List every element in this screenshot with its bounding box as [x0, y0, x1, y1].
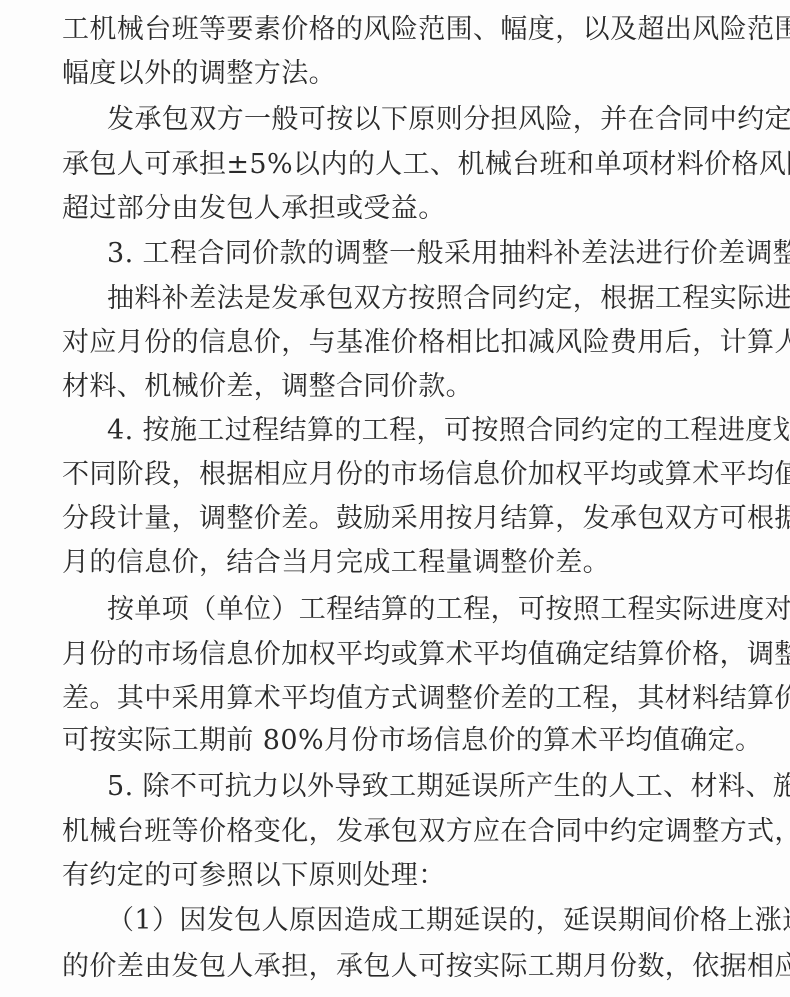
text-line: 超过部分由发包人承担或受益。 — [62, 193, 712, 225]
item-1-first-line: （1）因发包人原因造成工期延误的，延误期间价格上涨造成 — [107, 905, 712, 937]
section-5-first-line: 5. 除不可抗力以外导致工期延误所产生的人工、材料、施工 — [107, 771, 712, 803]
text-line: 工机械台班等要素价格的风险范围、幅度，以及超出风险范围、 — [62, 14, 712, 46]
paragraph-first-line: 抽料补差法是发承包双方按照合同约定，根据工程实际进度 — [107, 283, 712, 315]
text-line: 机械台班等价格变化，发承包双方应在合同中约定调整方式，没 — [62, 816, 712, 848]
text-line: 分段计量，调整价差。鼓励采用按月结算，发承包双方可根据当 — [62, 503, 712, 535]
document-page: 工机械台班等要素价格的风险范围、幅度，以及超出风险范围、 幅度以外的调整方法。 … — [0, 0, 790, 997]
text-line: 月份的市场信息价加权平均或算术平均值确定结算价格，调整价 — [62, 639, 712, 671]
text-line: 幅度以外的调整方法。 — [62, 58, 712, 90]
text-line: 不同阶段，根据相应月份的市场信息价加权平均或算术平均值， — [62, 459, 712, 491]
text-line: 有约定的可参照以下原则处理： — [62, 860, 712, 892]
section-4-first-line: 4. 按施工过程结算的工程，可按照合同约定的工程进度划分 — [107, 415, 712, 447]
paragraph-first-line: 按单项（单位）工程结算的工程，可按照工程实际进度对应 — [107, 594, 712, 626]
text-line: 对应月份的信息价，与基准价格相比扣减风险费用后，计算人工、 — [62, 327, 712, 359]
text-line: 月的信息价，结合当月完成工程量调整价差。 — [62, 547, 712, 579]
paragraph-first-line: 发承包双方一般可按以下原则分担风险，并在合同中约定： — [107, 104, 712, 136]
text-line: 可按实际工期前 80%月份市场信息价的算术平均值确定。 — [62, 725, 712, 757]
text-line: 承包人可承担±5%以内的人工、机械台班和单项材料价格风险， — [62, 149, 712, 181]
text-line: 差。其中采用算术平均值方式调整价差的工程，其材料结算价格 — [62, 683, 712, 715]
text-line: 的价差由发包人承担，承包人可按实际工期月份数，依据相应月 — [62, 951, 712, 983]
section-3-heading: 3. 工程合同价款的调整一般采用抽料补差法进行价差调整。 — [107, 238, 712, 270]
text-line: 材料、机械价差，调整合同价款。 — [62, 371, 712, 403]
